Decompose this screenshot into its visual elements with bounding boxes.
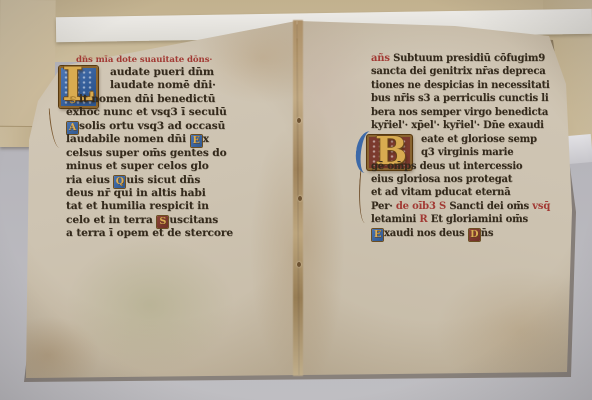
manuscript-line: audate pueri dn̄m bbox=[110, 66, 244, 79]
body-text: tiones ne despicias in necessitati bbox=[371, 80, 550, 91]
manuscript-line: deus nr̄ qui in altis habi bbox=[66, 187, 244, 200]
rubric-text: R bbox=[419, 214, 430, 225]
sewing-hole bbox=[297, 118, 301, 123]
rubric-text: dn̄s mīa dote suauitate dōns· bbox=[76, 55, 212, 65]
manuscript-line: dn̄s mīa dote suauitate dōns· bbox=[76, 54, 244, 66]
manuscript-photo: L B dn̄s mīa dote suauitate dōns·audat… bbox=[0, 0, 592, 400]
body-text: kyr̄iel'· xp̄el'· kyr̄iel'· Dn̄e exaudi bbox=[371, 120, 544, 131]
body-text: laudate nomē dn̄i· bbox=[110, 79, 216, 91]
manuscript-line: Sit nomen dn̄i benedictū bbox=[66, 93, 244, 106]
body-text: uis sicut dn̄s bbox=[126, 174, 200, 186]
manuscript-line: letamini R Et gloriamini om̄s bbox=[371, 213, 569, 226]
manuscript-line: laudabile nomen dn̄i Ex bbox=[66, 133, 244, 146]
body-text: tat et humilia respicit in bbox=[66, 200, 209, 212]
manuscript-line: ria eius Quis sicut dn̄s bbox=[66, 174, 244, 187]
body-text: a terra ī opem et de stercore bbox=[66, 227, 233, 239]
inline-initial: S bbox=[157, 216, 168, 228]
manuscript-line: bus nr̄is s3 a perriculis cunctis li bbox=[371, 92, 569, 105]
body-text: minus et super celos glo bbox=[66, 160, 209, 172]
body-text: Subtuum presidiū cōfugim9 bbox=[393, 53, 545, 64]
left-text-block: dn̄s mīa dote suauitate dōns·audate pu… bbox=[66, 54, 244, 241]
body-text: deus nr̄ qui in altis habi bbox=[66, 187, 206, 199]
body-text: bera nos semper virgo benedicta bbox=[371, 107, 548, 118]
body-text: letamini bbox=[371, 214, 419, 225]
body-text: n̄s bbox=[481, 228, 494, 239]
sewing-hole bbox=[298, 196, 302, 201]
inline-initial: D bbox=[469, 229, 480, 241]
manuscript-line: tat et humilia respicit in bbox=[66, 200, 244, 213]
body-text: Sancti dei om̄s bbox=[449, 201, 532, 212]
sewing-hole bbox=[297, 262, 301, 267]
body-text: it nomen dn̄i benedictū bbox=[79, 93, 215, 105]
manuscript-line: tiones ne despicias in necessitati bbox=[371, 79, 569, 92]
rubric-text: añs bbox=[371, 53, 393, 64]
inline-initial: S bbox=[67, 95, 78, 107]
body-text: x bbox=[203, 133, 209, 145]
body-text: solis ortu vsq3 ad occasū bbox=[79, 120, 225, 132]
body-text: Et gloriamini om̄s bbox=[431, 214, 528, 225]
manuscript-line: Per· de oīb3 S Sancti dei om̄s vsq̄ bbox=[371, 200, 569, 213]
rubric-text: vsq̄ bbox=[532, 201, 550, 212]
manuscript-line: sancta dei genitrix nr̄as depreca bbox=[371, 65, 569, 78]
rubric-text: de oīb3 S bbox=[396, 201, 449, 212]
body-text: exhoc nunc et vsq3 ī seculū bbox=[66, 106, 227, 118]
body-text: ria eius bbox=[66, 174, 113, 186]
manuscript-line: celsus super om̄s gentes do bbox=[66, 147, 244, 160]
manuscript-line: exhoc nunc et vsq3 ī seculū bbox=[66, 106, 244, 119]
manuscript-line: et ad vitam pducat eternā bbox=[371, 186, 569, 199]
manuscript-line: q3 virginis marie bbox=[421, 146, 569, 159]
manuscript-line: Exaudi nos deus Dn̄s bbox=[371, 227, 569, 240]
manuscript-line: celo et in terra Suscitans bbox=[66, 214, 244, 227]
manuscript-line: Asolis ortu vsq3 ad occasū bbox=[66, 120, 244, 133]
right-text-block: añs Subtuum presidiū cōfugim9sancta d… bbox=[371, 52, 569, 240]
manuscript-line: a terra ī opem et de stercore bbox=[66, 227, 244, 240]
body-text: et ad vitam pducat eternā bbox=[371, 187, 510, 198]
body-text: celo et in terra bbox=[66, 214, 156, 226]
inline-initial: E bbox=[191, 135, 202, 147]
manuscript-line: gē om̄ps deus ut intercessio bbox=[371, 160, 569, 173]
manuscript-line: minus et super celos glo bbox=[66, 160, 244, 173]
manuscript-line: laudate nomē dn̄i· bbox=[110, 79, 244, 92]
manuscript-line: eate et gloriose semp bbox=[421, 133, 569, 146]
inline-initial: Q bbox=[114, 176, 125, 188]
body-text: sancta dei genitrix nr̄as depreca bbox=[371, 66, 546, 77]
manuscript-line: bera nos semper virgo benedicta bbox=[371, 106, 569, 119]
body-text: eius gloriosa nos protegat bbox=[371, 174, 512, 185]
body-text: Per· bbox=[371, 201, 396, 212]
body-text: gē om̄ps deus ut intercessio bbox=[371, 161, 522, 172]
body-text: eate et gloriose semp bbox=[421, 134, 537, 145]
body-text: xaudi nos deus bbox=[384, 228, 468, 239]
body-text: audate pueri dn̄m bbox=[110, 66, 214, 78]
manuscript-line: kyr̄iel'· xp̄el'· kyr̄iel'· Dn̄e exaudi bbox=[371, 119, 569, 132]
body-text: bus nr̄is s3 a perriculis cunctis li bbox=[371, 93, 548, 104]
inline-initial: A bbox=[67, 122, 78, 134]
body-text: uscitans bbox=[169, 214, 218, 226]
body-text: celsus super om̄s gentes do bbox=[66, 147, 227, 159]
body-text: laudabile nomen dn̄i bbox=[66, 133, 190, 145]
manuscript-line: añs Subtuum presidiū cōfugim9 bbox=[371, 52, 569, 65]
manuscript-line: eius gloriosa nos protegat bbox=[371, 173, 569, 186]
inline-initial: E bbox=[372, 229, 383, 241]
body-text: q3 virginis marie bbox=[421, 147, 513, 158]
